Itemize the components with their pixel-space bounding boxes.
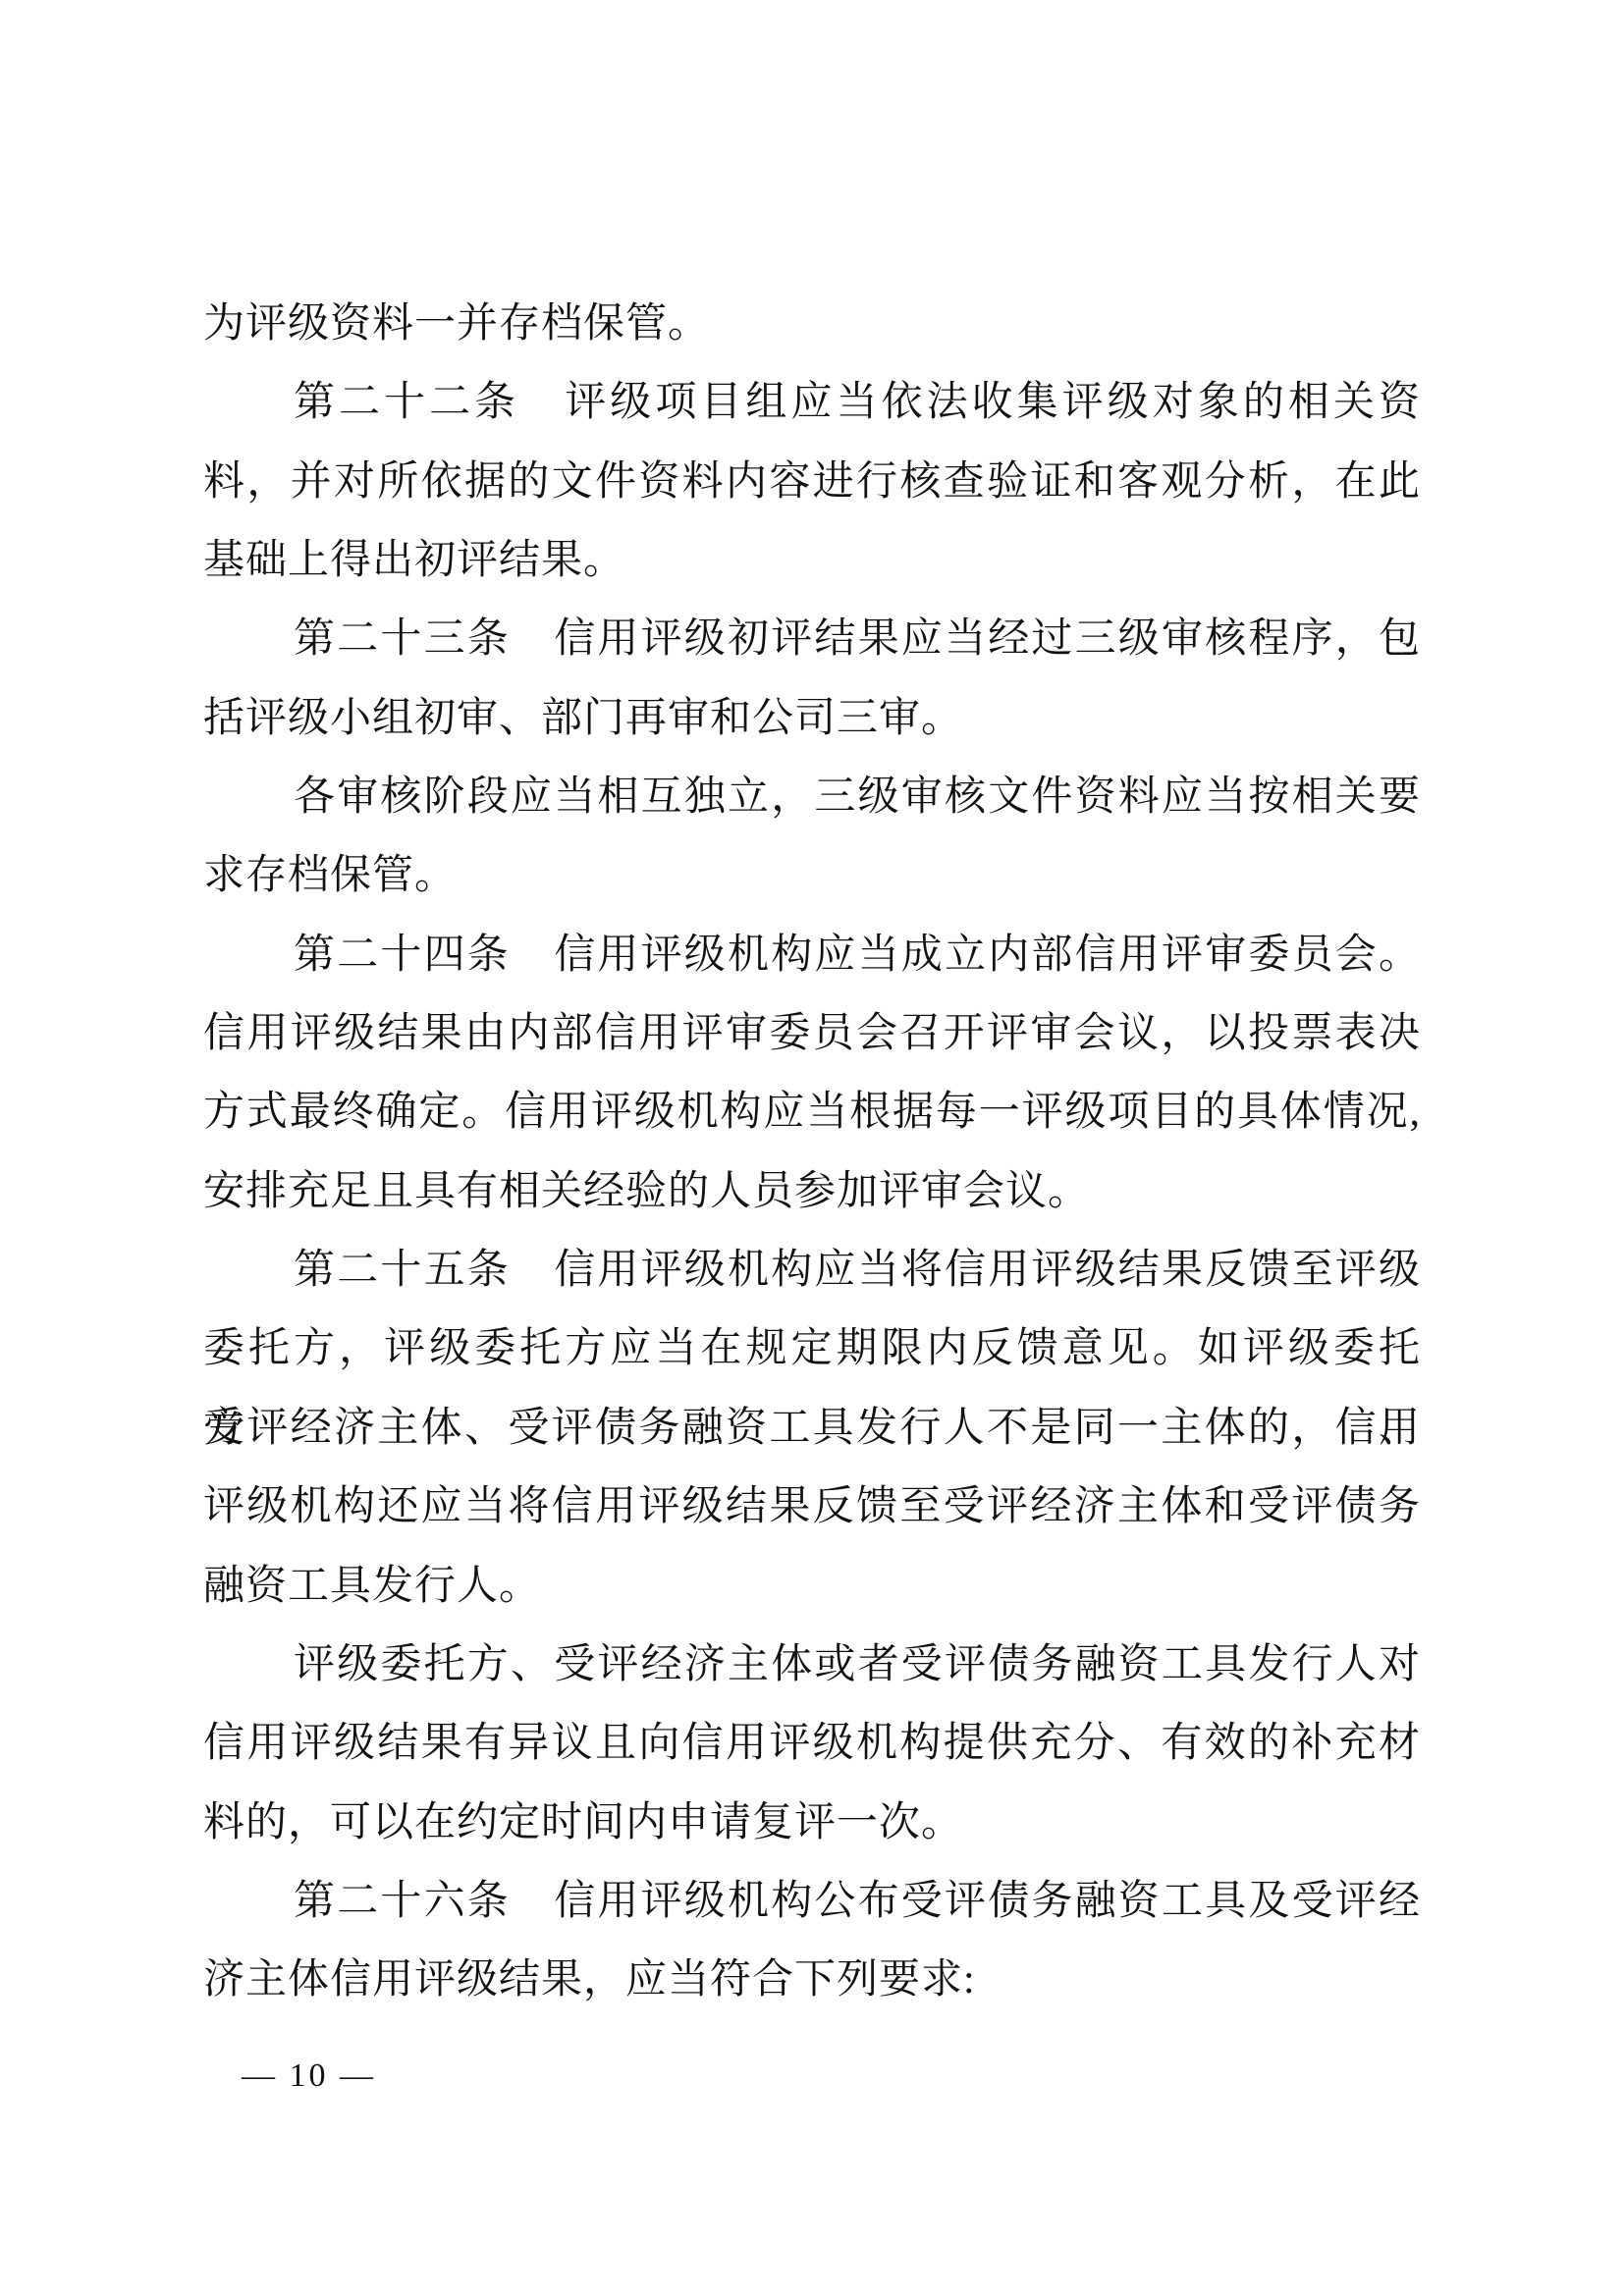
text-line: 基础上得出初评结果。 [203,521,1421,600]
text-line: 委托方，评级委托方应当在规定期限内反馈意见。如评级委托方、 [203,1309,1421,1388]
text-line: 料的，可以在约定时间内申请复评一次。 [203,1784,1421,1862]
text-line: 方式最终确定。信用评级机构应当根据每一评级项目的具体情况, [203,1073,1421,1151]
text-line: 安排充足且具有相关经验的人员参加评审会议。 [203,1152,1421,1231]
text-line: 信用评级结果有异议且向信用评级机构提供充分、有效的补充材 [203,1704,1421,1783]
text-line: 融资工具发行人。 [203,1547,1421,1626]
text-line: 第二十二条 评级项目组应当依法收集评级对象的相关资 [203,363,1421,442]
page-number: — 10 — [242,2055,376,2098]
text-line: 济主体信用评级结果，应当符合下列要求: [203,1941,1421,2019]
text-line: 各审核阶段应当相互独立，三级审核文件资料应当按相关要 [203,758,1421,836]
text-line: 信用评级结果由内部信用评审委员会召开评审会议，以投票表决 [203,994,1421,1073]
text-line: 第二十四条 信用评级机构应当成立内部信用评审委员会。 [203,916,1421,994]
text-line: 评级委托方、受评经济主体或者受评债务融资工具发行人对 [203,1626,1421,1704]
text-line: 评级机构还应当将信用评级结果反馈至受评经济主体和受评债务 [203,1468,1421,1546]
document-page: 为评级资料一并存档保管。第二十二条 评级项目组应当依法收集评级对象的相关资料，并… [0,0,1624,2296]
text-line: 为评级资料一并存档保管。 [203,285,1421,363]
text-line: 料，并对所依据的文件资料内容进行核查验证和客观分析，在此 [203,443,1421,521]
body-text: 为评级资料一并存档保管。第二十二条 评级项目组应当依法收集评级对象的相关资料，并… [203,285,1421,2020]
text-line: 第二十三条 信用评级初评结果应当经过三级审核程序，包 [203,600,1421,678]
text-line: 求存档保管。 [203,836,1421,915]
text-line: 括评级小组初审、部门再审和公司三审。 [203,679,1421,758]
text-line: 第二十五条 信用评级机构应当将信用评级结果反馈至评级 [203,1231,1421,1309]
text-line: 第二十六条 信用评级机构公布受评债务融资工具及受评经 [203,1862,1421,1941]
text-line: 受评经济主体、受评债务融资工具发行人不是同一主体的，信用 [203,1389,1421,1468]
